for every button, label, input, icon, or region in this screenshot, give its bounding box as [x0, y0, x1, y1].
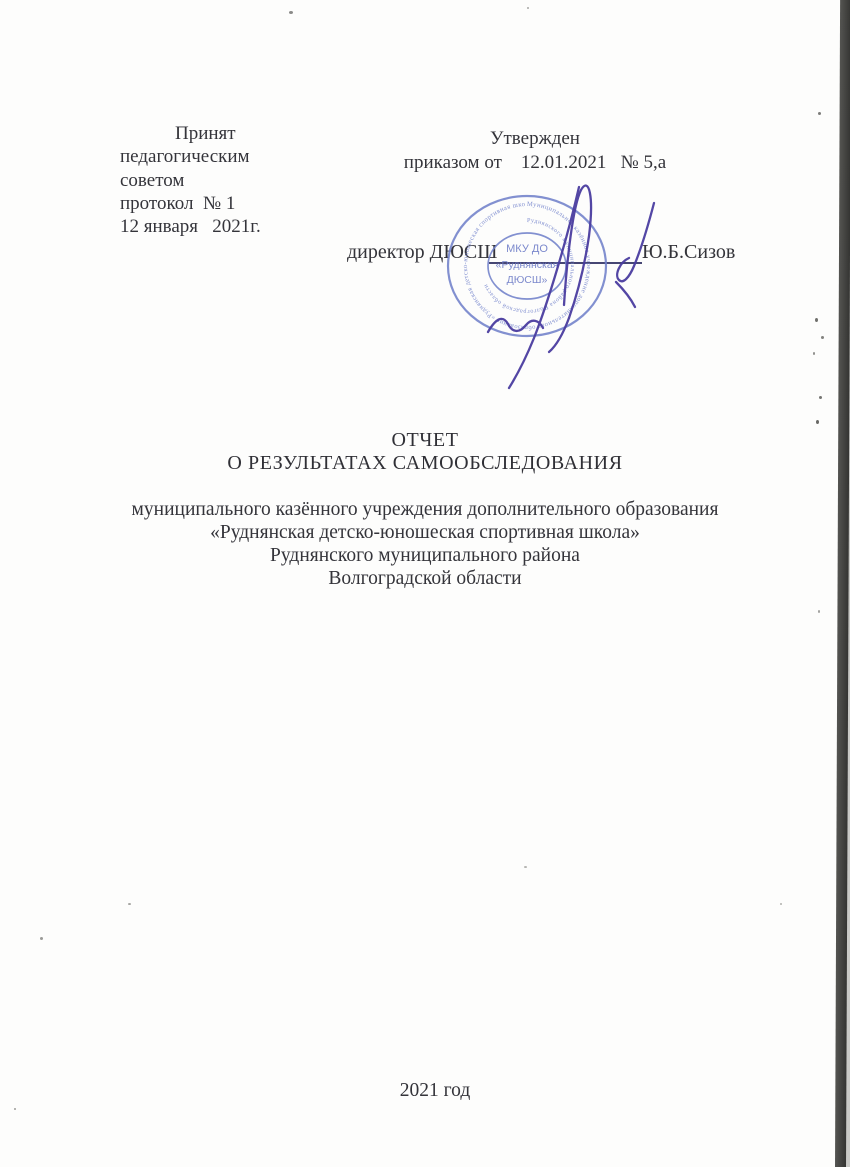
- scan-speck: [780, 903, 782, 905]
- scan-speck: [289, 11, 293, 14]
- scan-speck: [819, 396, 822, 399]
- title-line-2: О РЕЗУЛЬТАТАХ САМООБСЛЕДОВАНИЯ: [0, 452, 850, 475]
- stamp-center-line-2: «Руднянская: [496, 259, 559, 271]
- scan-speck: [821, 336, 824, 339]
- scan-speck: [813, 352, 815, 355]
- footer-year: 2021 год: [0, 1080, 850, 1102]
- title-line-1: ОТЧЕТ: [0, 429, 850, 452]
- subtitle-line: «Руднянская детско-юношеская спортивная …: [0, 521, 850, 544]
- scan-speck: [822, 300, 824, 302]
- svg-text:Руднянского муниципального рай: Руднянского муниципального района Волгог…: [482, 217, 576, 315]
- signature-underline: [489, 262, 642, 264]
- director-label: директор ДЮСШ: [347, 241, 497, 264]
- accept-line: педагогическим: [120, 145, 320, 168]
- scan-speck: [128, 903, 131, 905]
- scan-speck: [524, 866, 527, 868]
- stamp-center-line-1: МКУ ДО: [506, 243, 548, 255]
- handwritten-signature: [488, 186, 654, 388]
- stamp-inner-ring-text: Руднянского муниципального района Волгог…: [482, 217, 576, 315]
- accept-line: Принят: [120, 122, 320, 145]
- subtitle-line: Руднянского муниципального района: [0, 544, 850, 567]
- document-title: ОТЧЕТ О РЕЗУЛЬТАТАХ САМООБСЛЕДОВАНИЯ: [0, 429, 850, 475]
- scan-speck: [816, 420, 819, 424]
- scan-speck: [40, 937, 43, 940]
- approve-line: приказом от 12.01.2021 № 5,а: [385, 151, 685, 175]
- stamp-center-line-3: ДЮСШ»: [507, 274, 548, 286]
- scan-speck: [527, 7, 529, 9]
- accept-line: 12 января 2021г.: [120, 215, 320, 238]
- director-name: Ю.Б.Сизов: [642, 241, 735, 264]
- approve-block: Утвержден приказом от 12.01.2021 № 5,а: [385, 127, 685, 174]
- scan-speck: [14, 1108, 16, 1110]
- scan-speck: [815, 318, 818, 322]
- subtitle-line: Волгоградской области: [0, 567, 850, 590]
- subtitle-line: муниципального казённого учреждения допо…: [0, 498, 850, 521]
- scan-speck: [818, 610, 820, 613]
- accept-block: Принят педагогическим советом протокол №…: [120, 122, 320, 238]
- scan-speck: [818, 112, 821, 115]
- accept-line: протокол № 1: [120, 192, 320, 215]
- scanned-document-page: Принят педагогическим советом протокол №…: [0, 0, 850, 1167]
- approve-line: Утвержден: [385, 127, 685, 151]
- organization-subtitle: муниципального казённого учреждения допо…: [0, 498, 850, 590]
- accept-line: советом: [120, 169, 320, 192]
